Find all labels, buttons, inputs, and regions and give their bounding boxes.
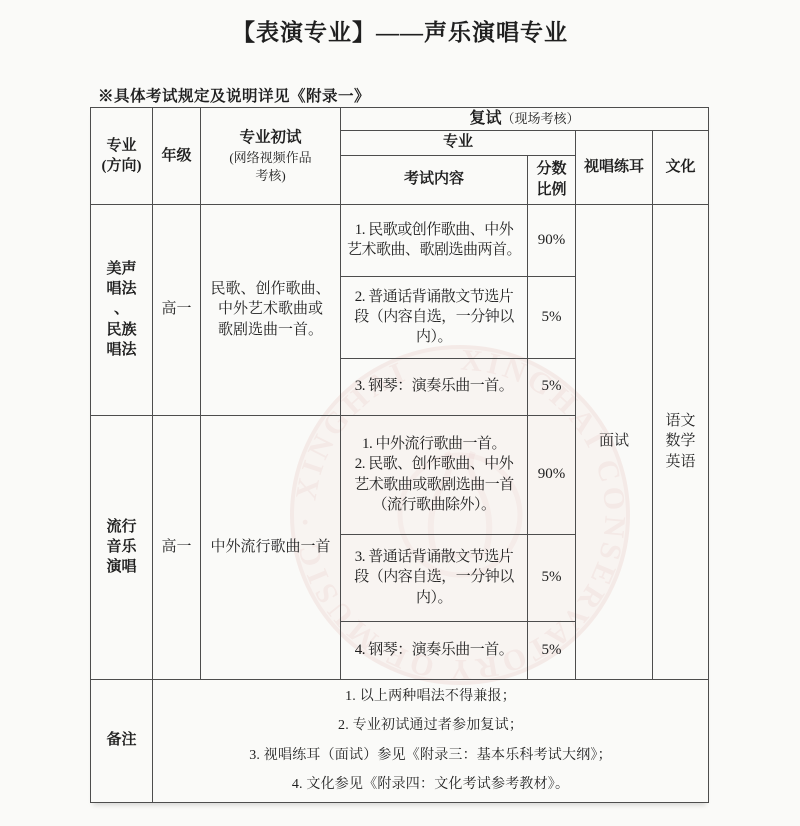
section1-row3-content: 3. 钢琴：演奏乐曲一首。 — [341, 358, 528, 415]
header-retest-subtitle: （现场考核） — [502, 111, 580, 126]
culture-subjects: 语文 数学 英语 — [653, 204, 709, 679]
section2-major: 流行 音乐 演唱 — [91, 415, 153, 679]
section1-row3-ratio: 5% — [528, 358, 576, 415]
section2-row1-ratio: 90% — [528, 415, 576, 534]
section1-major: 美声 唱法 、 民族 唱法 — [91, 204, 153, 415]
section1-grade: 高一 — [153, 204, 201, 415]
admission-exam-table: 专业 (方向) 年级 专业初试 (网络视频作品 考核) 复试（现场考核） 专业 … — [90, 107, 709, 803]
table-row: 备注 1. 以上两种唱法不得兼报； 2. 专业初试通过者参加复试； 3. 视唱练… — [91, 679, 709, 802]
sight-singing-interview: 面试 — [576, 204, 653, 679]
section2-row2-ratio: 5% — [528, 534, 576, 621]
remark-item-2: 2. 专业初试通过者参加复试； — [153, 711, 708, 741]
header-preliminary-subtitle: (网络视频作品 考核) — [201, 149, 340, 185]
section2-row3-content: 4. 钢琴：演奏乐曲一首。 — [341, 621, 528, 679]
section2-row2-content: 3. 普通话背诵散文节选片 段（内容自选，一分钟以内）。 — [341, 534, 528, 621]
header-sight-singing: 视唱练耳 — [576, 130, 653, 204]
header-culture: 文化 — [653, 130, 709, 204]
remark-item-4: 4. 文化参见《附录四：文化考试参考教材》。 — [153, 770, 708, 800]
table-row: 美声 唱法 、 民族 唱法 高一 民歌、创作歌曲、 中外艺术歌曲或 歌剧选曲一首… — [91, 204, 709, 276]
header-score-ratio: 分数 比例 — [528, 155, 576, 204]
remark-item-1: 1. 以上两种唱法不得兼报； — [153, 682, 708, 712]
remarks-content: 1. 以上两种唱法不得兼报； 2. 专业初试通过者参加复试； 3. 视唱练耳（面… — [153, 679, 709, 802]
exam-rules-note: ※具体考试规定及说明详见《附录一》 — [98, 84, 370, 106]
header-retest-major: 专业 — [341, 130, 576, 155]
section2-row3-ratio: 5% — [528, 621, 576, 679]
header-exam-content: 考试内容 — [341, 155, 528, 204]
section1-preliminary: 民歌、创作歌曲、 中外艺术歌曲或 歌剧选曲一首。 — [201, 204, 341, 415]
section2-row1-content: 1. 中外流行歌曲一首。 2. 民歌、创作歌曲、中外 艺术歌曲或歌剧选曲一首 （… — [341, 415, 528, 534]
remark-item-3: 3. 视唱练耳（面试）参见《附录三：基本乐科考试大纲》； — [153, 741, 708, 771]
header-retest-title: 复试 — [470, 110, 502, 127]
header-preliminary-title: 专业初试 — [201, 127, 340, 149]
page-title: 【表演专业】——声乐演唱专业 — [0, 14, 800, 47]
section1-row1-content: 1. 民歌或创作歌曲、中外 艺术歌曲、歌剧选曲两首。 — [341, 204, 528, 276]
section2-preliminary: 中外流行歌曲一首 — [201, 415, 341, 679]
remarks-label: 备注 — [91, 679, 153, 802]
header-major-direction: 专业 (方向) — [91, 108, 153, 205]
header-retest: 复试（现场考核） — [341, 108, 709, 131]
header-grade: 年级 — [153, 108, 201, 205]
section1-row2-content: 2. 普通话背诵散文节选片 段（内容自选，一分钟以内）。 — [341, 276, 528, 358]
section1-row1-ratio: 90% — [528, 204, 576, 276]
header-preliminary-exam: 专业初试 (网络视频作品 考核) — [201, 108, 341, 205]
section2-grade: 高一 — [153, 415, 201, 679]
section1-row2-ratio: 5% — [528, 276, 576, 358]
